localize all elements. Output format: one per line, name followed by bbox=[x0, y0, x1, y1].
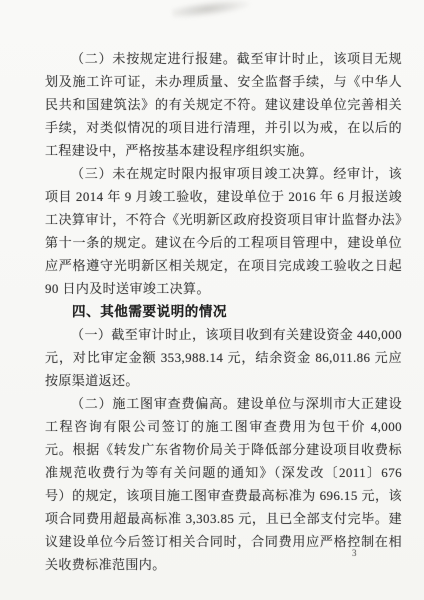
paragraph-late-final-accounts: （三）未在规定时限内报审项目竣工决算。经审计，该项目 2014 年 9 月竣工验… bbox=[45, 162, 402, 300]
paragraph-surplus-funds: （一）截至审计时止，该项目收到有关建设资金 440,000 元，对比审定金额 3… bbox=[45, 323, 402, 392]
section-heading-other-matters: 四、其他需要说明的情况 bbox=[45, 300, 402, 323]
scan-smudge-artifact bbox=[171, 0, 250, 21]
paragraph-unreported-construction: （二）未按规定进行报建。截至审计时止，该项目无规划及施工许可证，未办理质量、安全… bbox=[45, 47, 402, 162]
scanned-document-page: （二）未按规定进行报建。截至审计时止，该项目无规划及施工许可证，未办理质量、安全… bbox=[0, 0, 424, 600]
document-body: （二）未按规定进行报建。截至审计时止，该项目无规划及施工许可证，未办理质量、安全… bbox=[45, 47, 402, 576]
paragraph-review-fee-overcharge: （二）施工图审查费偏高。建设单位与深圳市大正建设工程咨询有限公司签订的施工图审查… bbox=[45, 392, 402, 576]
page-number: 3 bbox=[352, 548, 357, 558]
